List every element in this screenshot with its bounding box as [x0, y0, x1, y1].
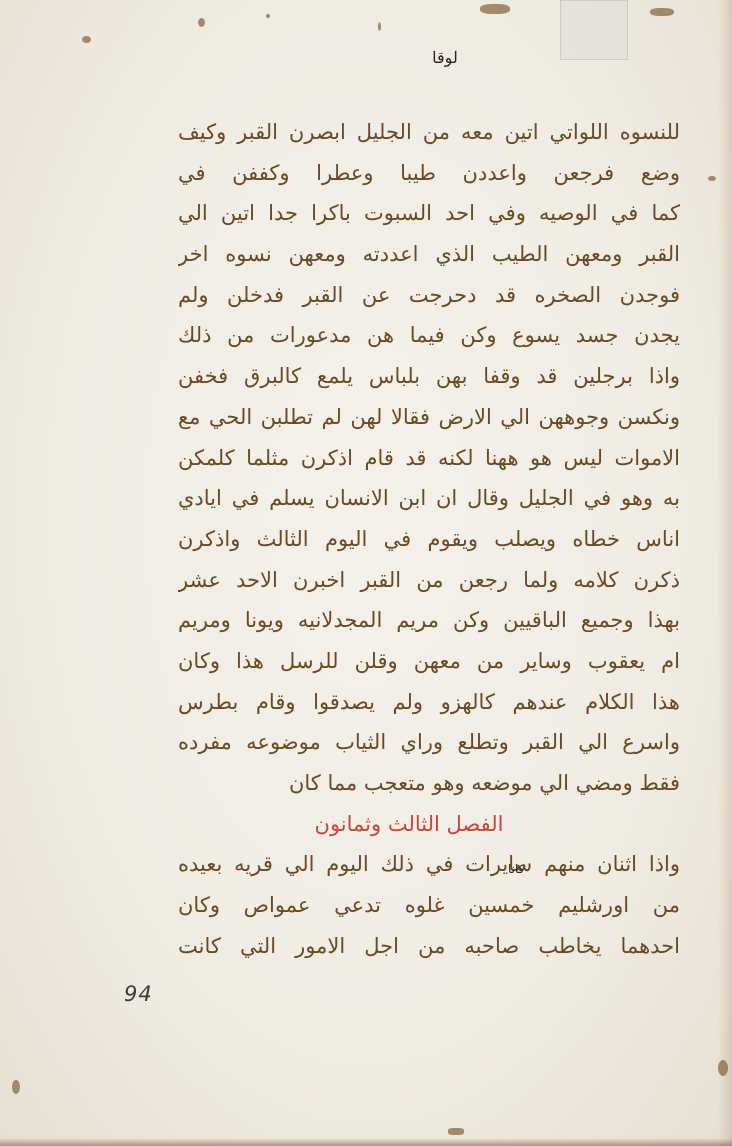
- stain-spot: [480, 4, 510, 14]
- text-line: فوجدن الصخره قد دحرجت عن القبر فدخلن ولم: [178, 275, 680, 316]
- page-bottom-edge: [0, 1138, 732, 1146]
- text-line: ونكسن وجوههن الي الارض فقالا لهن لم تطلب…: [178, 397, 680, 438]
- stain-spot: [82, 36, 91, 43]
- text-line: كما في الوصيه وفي احد السبوت باكرا جدا ا…: [178, 193, 680, 234]
- text-line: واذا برجلين قد وقفا بهن بلباس يلمع كالبر…: [178, 356, 680, 397]
- text-line: القبر ومعهن الطيب الذي اعددته ومعهن نسوه…: [178, 234, 680, 275]
- chapter-heading: الفصل الثالث وثمانون: [178, 804, 680, 845]
- folio-number: 94: [124, 982, 153, 1006]
- text-line: اناس خطاه ويصلب ويقوم في اليوم الثالث وا…: [178, 519, 680, 560]
- interlinear-note: كانا: [508, 862, 524, 876]
- text-line: بهذا وجميع الباقيين وكن مريم المجدلانيه …: [178, 600, 680, 641]
- text-line: فقط ومضي الي موضعه وهو متعجب مما كان: [178, 763, 680, 804]
- manuscript-page: لوقا للنسوه اللواتي اتين معه من الجليل ا…: [0, 0, 732, 1146]
- running-header: لوقا: [420, 48, 470, 67]
- stain-spot: [266, 14, 270, 18]
- text-line: يجدن جسد يسوع وكن فيما هن مدعورات من ذلك: [178, 315, 680, 356]
- text-block: للنسوه اللواتي اتين معه من الجليل ابصرن …: [178, 112, 680, 966]
- text-line: الاموات ليس هو ههنا لكنه قد قام اذكرن مث…: [178, 438, 680, 479]
- text-line: للنسوه اللواتي اتين معه من الجليل ابصرن …: [178, 112, 680, 153]
- text-line: ذكرن كلامه ولما رجعن من القبر اخبرن الاح…: [178, 560, 680, 601]
- stain-spot: [378, 22, 381, 31]
- stain-spot: [198, 18, 205, 27]
- text-line: واسرع الي القبر وتطلع وراي الثياب موضوعه…: [178, 722, 680, 763]
- text-line: من اورشليم خمسين غلوه تدعي عمواص وكان: [178, 885, 680, 926]
- stain-spot: [448, 1128, 464, 1135]
- stain-spot: [718, 1060, 728, 1076]
- repair-tape: [560, 0, 628, 60]
- text-line: ام يعقوب وساير من معهن وقلن للرسل هذا وك…: [178, 641, 680, 682]
- text-line: هذا الكلام عندهم كالهزو ولم يصدقوا وقام …: [178, 682, 680, 723]
- stain-spot: [650, 8, 674, 16]
- text-line: به وهو في الجليل وقال ان ابن الانسان يسل…: [178, 478, 680, 519]
- stain-spot: [708, 176, 716, 181]
- stain-spot: [12, 1080, 20, 1094]
- text-line: احدهما يخاطب صاحبه من اجل الامور التي كا…: [178, 926, 680, 967]
- text-line: واذا اثنان منهم سايرات في ذلك اليوم الي …: [178, 844, 680, 885]
- page-edge-shadow: [718, 0, 732, 1146]
- text-line: وضع فرجعن واعددن طيبا وعطرا وكففن في: [178, 153, 680, 194]
